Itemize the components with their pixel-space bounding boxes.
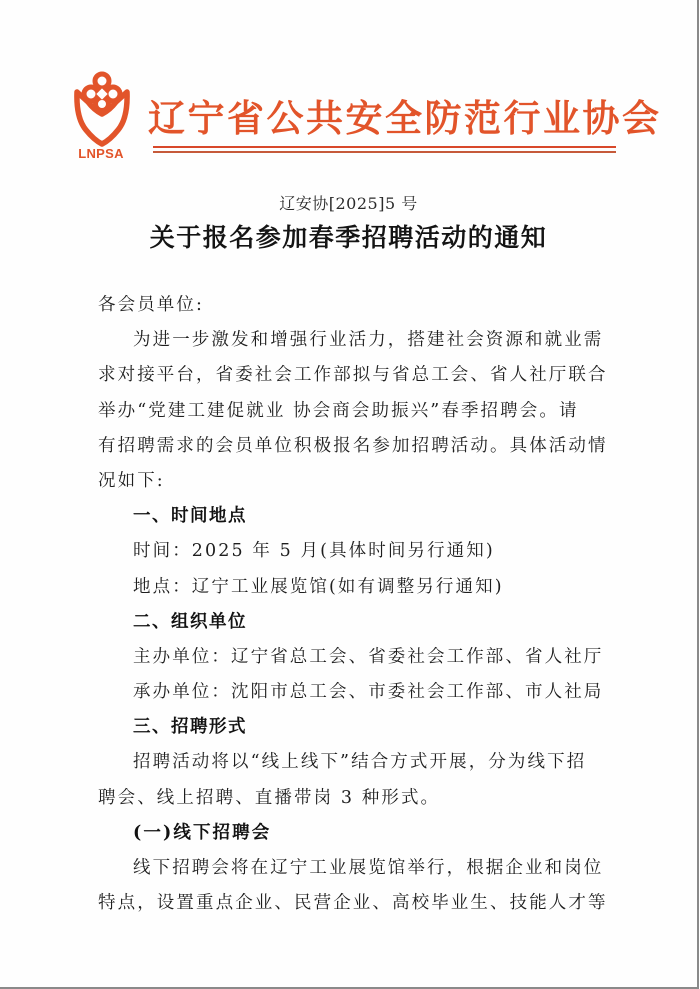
paragraph-line: 举办“党建工建促就业 协会商会助振兴”春季招聘会。请	[98, 394, 598, 429]
logo-abbreviation: LNPSA	[66, 146, 136, 161]
section-heading-time-location: 一、时间地点	[98, 499, 598, 534]
paragraph-line: 为进一步激发和增强行业活力，搭建社会资源和就业需	[98, 323, 598, 358]
letterhead-divider-bottom	[153, 151, 616, 153]
section-heading-recruitment-format: 三、招聘形式	[98, 710, 598, 745]
salutation: 各会员单位:	[98, 288, 598, 323]
paragraph-line: 特点，设置重点企业、民营企业、高校毕业生、技能人才等	[98, 886, 598, 921]
document-number: 辽安协[2025]5 号	[0, 191, 697, 214]
document-page: LNPSA 辽宁省公共安全防范行业协会 辽安协[2025]5 号 关于报名参加春…	[0, 0, 699, 989]
paragraph-line: 有招聘需求的会员单位积极报名参加招聘活动。具体活动情	[98, 429, 598, 464]
host-organizers-item: 主办单位：辽宁省总工会、省委社会工作部、省人社厅	[98, 640, 598, 675]
section-heading-organizers: 二、组织单位	[98, 605, 598, 640]
document-title: 关于报名参加春季招聘活动的通知	[0, 218, 697, 254]
subsection-heading-offline-fair: (一)线下招聘会	[98, 816, 598, 851]
time-item: 时间：2025 年 5 月(具体时间另行通知)	[98, 534, 598, 569]
lnpsa-logo-icon	[72, 70, 132, 150]
document-body: 各会员单位: 为进一步激发和增强行业活力，搭建社会资源和就业需 求对接平台，省委…	[98, 288, 598, 921]
organization-name: 辽宁省公共安全防范行业协会	[148, 88, 662, 142]
co-organizers-item: 承办单位：沈阳市总工会、市委社会工作部、市人社局	[98, 675, 598, 710]
letterhead-divider-top	[153, 146, 616, 148]
paragraph-line: 求对接平台，省委社会工作部拟与省总工会、省人社厅联合	[98, 358, 598, 393]
paragraph-line: 线下招聘会将在辽宁工业展览馆举行，根据企业和岗位	[98, 851, 598, 886]
location-item: 地点：辽宁工业展览馆(如有调整另行通知)	[98, 570, 598, 605]
paragraph-line: 况如下:	[98, 464, 598, 499]
paragraph-line: 聘会、线上招聘、直播带岗 3 种形式。	[98, 781, 598, 816]
paragraph-line: 招聘活动将以“线上线下”结合方式开展，分为线下招	[98, 745, 598, 780]
